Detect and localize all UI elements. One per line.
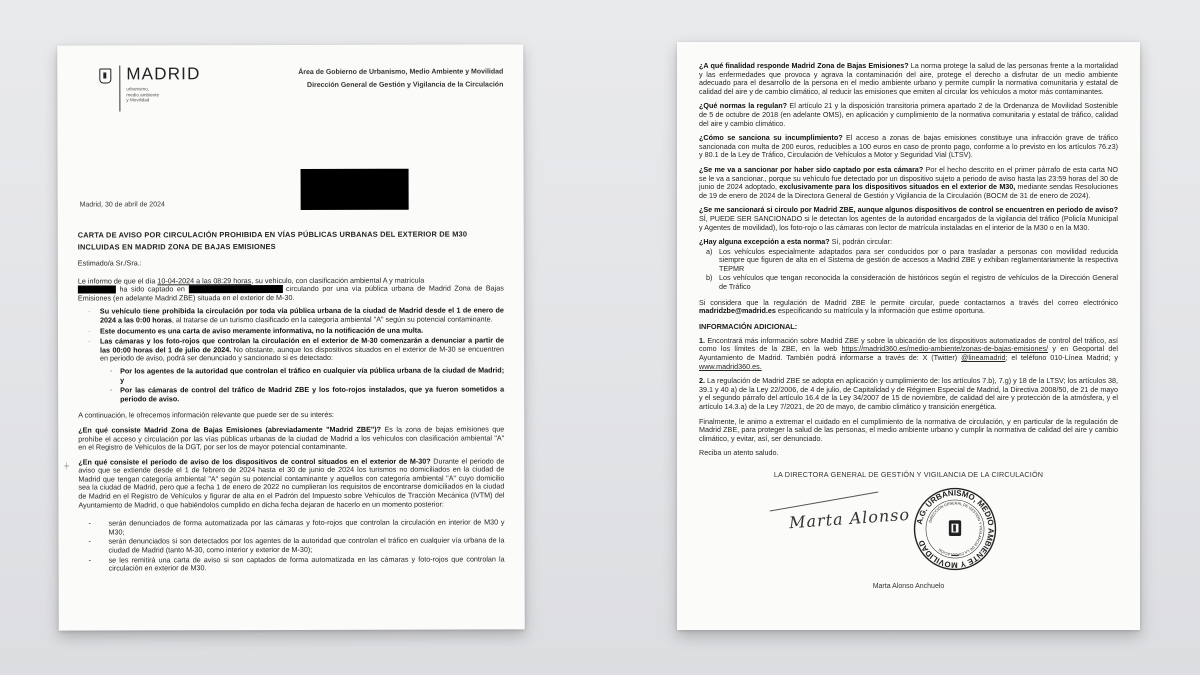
additional-info-2: 2. La regulación de Madrid ZBE se adopta… — [699, 377, 1118, 411]
madrid-crest-icon — [99, 68, 111, 83]
intro-paragraph: Le informo de que el día 10-04-2024 a la… — [78, 276, 504, 303]
list-item: se les remitirá una carta de aviso si so… — [109, 555, 505, 573]
margin-mark: ╪ — [64, 464, 68, 470]
list-item: serán denunciados si son detectados por … — [109, 537, 505, 555]
detection-list: Por los agentes de la autoridad que cont… — [120, 366, 504, 403]
twitter-handle-link[interactable]: @lineamadrid — [961, 353, 1005, 362]
signature-block: Marta Alonso A.G. URBANISMO, MEDIO AMBIE… — [699, 479, 1118, 579]
list-item: Su vehículo tiene prohibida la circulaci… — [100, 307, 504, 325]
faq-camera: ¿Se me va a sancionar por haber sido cap… — [699, 166, 1118, 200]
faq-circulate: ¿Se me sancionará si circulo por Madrid … — [699, 206, 1118, 232]
faq-zbe: ¿En qué consiste Madrid Zona de Bajas Em… — [78, 425, 504, 452]
department-header: Área de Gobierno de Urbanismo, Medio Amb… — [298, 65, 503, 92]
signer-name: Marta Alonso Anchuelo — [699, 583, 1118, 590]
contact-paragraph: Si considera que la regulación de Madrid… — [699, 299, 1118, 316]
faq-regulation: ¿Qué normas la regulan? El artículo 21 y… — [699, 102, 1118, 128]
consequences-list: serán denunciados de forma automatizada … — [108, 519, 504, 574]
contact-email-link[interactable]: madridzbe@madrid.es — [699, 306, 776, 315]
list-item: Por las cámaras de control del tráfico d… — [120, 386, 504, 404]
salutation: Estimado/a Sr./Sra.: — [78, 258, 504, 268]
redacted-address — [301, 169, 409, 210]
list-item: Las cámaras y los foto-rojos que control… — [100, 337, 504, 364]
additional-info-heading: INFORMACIÓN ADICIONAL: — [699, 322, 1118, 331]
additional-info-1: 1. Encontrará más información sobre Madr… — [699, 337, 1118, 371]
faq-warning-period: ¿En qué consiste el periodo de aviso de … — [78, 457, 504, 510]
madrid-logo: MADRID urbanismo, medio ambiente y Movil… — [99, 65, 200, 111]
faq-purpose: ¿A qué finalidad responde Madrid Zona de… — [699, 62, 1118, 96]
official-stamp-icon: A.G. URBANISMO, MEDIO AMBIENTE Y MOVILID… — [911, 485, 999, 573]
letter-page-1: MADRID urbanismo, medio ambiente y Movil… — [57, 44, 525, 630]
letter-page-2: ¿A qué finalidad responde Madrid Zona de… — [677, 42, 1140, 630]
handwritten-signature: Marta Alonso — [788, 505, 910, 532]
list-item: a)Los vehículos especialmente adaptados … — [719, 248, 1118, 274]
list-item: serán denunciados de forma automatizada … — [108, 519, 504, 537]
logo-wordmark: MADRID — [126, 65, 200, 83]
faq-sanction: ¿Cómo se sanciona su incumplimiento? El … — [699, 134, 1118, 160]
madrid360-link[interactable]: www.madrid360.es. — [699, 362, 762, 371]
regards: Reciba un atento saludo. — [699, 449, 1118, 458]
exception-list: a)Los vehículos especialmente adaptados … — [719, 248, 1118, 292]
list-item: Este documento es una carta de aviso mer… — [100, 326, 504, 336]
closing-paragraph: Finalmente, le animo a extremar el cuida… — [699, 418, 1118, 444]
letter-date: Madrid, 30 de abril de 2024 — [80, 201, 165, 208]
list-item: b)Los vehículos que tengan reconocida la… — [719, 274, 1118, 291]
list-item: Por los agentes de la autoridad que cont… — [120, 366, 504, 384]
faq-exception: ¿Hay alguna excepción a esta norma? Sí, … — [699, 238, 1118, 247]
signer-role: LA DIRECTORA GENERAL DE GESTIÓN Y VIGILA… — [699, 470, 1118, 479]
letter-title: CARTA DE AVISO POR CIRCULACIÓN PROHIBIDA… — [78, 228, 504, 253]
key-points-list: Su vehículo tiene prohibida la circulaci… — [100, 307, 504, 364]
